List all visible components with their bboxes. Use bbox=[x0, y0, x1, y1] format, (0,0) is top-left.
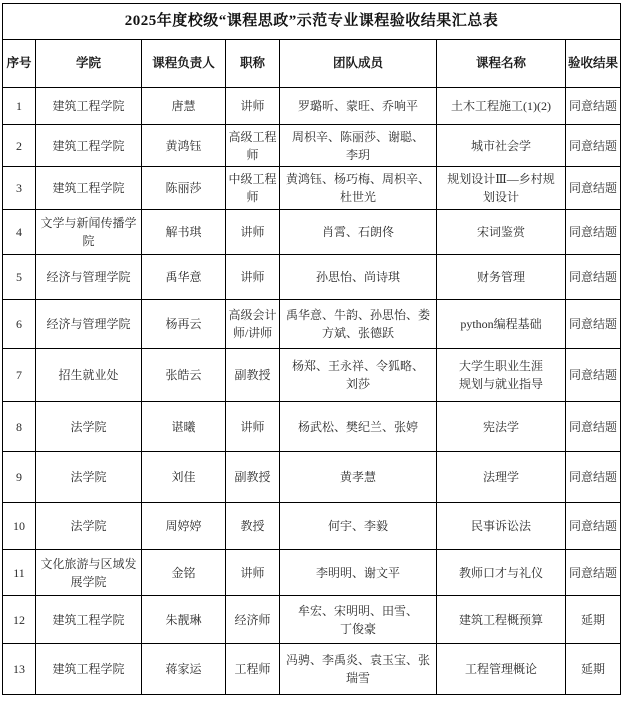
cell-college: 建筑工程学院 bbox=[36, 644, 142, 695]
cell-job-title: 讲师 bbox=[226, 550, 280, 596]
cell-no: 7 bbox=[3, 349, 36, 402]
cell-job-title: 副教授 bbox=[226, 349, 280, 402]
cell-college: 文学与新闻传播学 院 bbox=[36, 210, 142, 255]
document-page: 2025年度校级“课程思政”示范专业课程验收结果汇总表 序号 学院 课程负责人 … bbox=[0, 0, 622, 723]
cell-job-title: 高级会计 师/讲师 bbox=[226, 300, 280, 349]
cell-college: 法学院 bbox=[36, 452, 142, 503]
column-header-job-title: 职称 bbox=[226, 40, 280, 88]
column-header-team: 团队成员 bbox=[280, 40, 437, 88]
cell-leader: 刘佳 bbox=[142, 452, 226, 503]
cell-job-title: 副教授 bbox=[226, 452, 280, 503]
cell-college: 文化旅游与区域发 展学院 bbox=[36, 550, 142, 596]
cell-course: python编程基础 bbox=[437, 300, 566, 349]
cell-result: 同意结题 bbox=[566, 125, 621, 167]
cell-job-title: 讲师 bbox=[226, 88, 280, 125]
column-header-course: 课程名称 bbox=[437, 40, 566, 88]
cell-result: 同意结题 bbox=[566, 349, 621, 402]
table-row: 4 文学与新闻传播学 院 解书琪 讲师 肖霄、石朗佟 宋词鉴赏 同意结题 bbox=[3, 210, 621, 255]
cell-no: 11 bbox=[3, 550, 36, 596]
cell-result: 同意结题 bbox=[566, 550, 621, 596]
cell-course: 民事诉讼法 bbox=[437, 503, 566, 550]
cell-team: 杨郑、王永祥、令狐略、 刘莎 bbox=[280, 349, 437, 402]
table-row: 1 建筑工程学院 唐慧 讲师 罗璐昕、蒙旺、乔响平 土木工程施工(1)(2) 同… bbox=[3, 88, 621, 125]
cell-team: 肖霄、石朗佟 bbox=[280, 210, 437, 255]
cell-leader: 陈丽莎 bbox=[142, 167, 226, 210]
table-body: 1 建筑工程学院 唐慧 讲师 罗璐昕、蒙旺、乔响平 土木工程施工(1)(2) 同… bbox=[3, 88, 621, 695]
cell-leader: 张皓云 bbox=[142, 349, 226, 402]
cell-leader: 解书琪 bbox=[142, 210, 226, 255]
summary-table: 2025年度校级“课程思政”示范专业课程验收结果汇总表 序号 学院 课程负责人 … bbox=[2, 3, 621, 695]
cell-college: 经济与管理学院 bbox=[36, 300, 142, 349]
table-row: 3 建筑工程学院 陈丽莎 中级工程 师 黄鸿钰、杨巧梅、周枳辛、 杜世光 规划设… bbox=[3, 167, 621, 210]
cell-course: 工程管理概论 bbox=[437, 644, 566, 695]
cell-leader: 唐慧 bbox=[142, 88, 226, 125]
cell-job-title: 工程师 bbox=[226, 644, 280, 695]
cell-leader: 谌曦 bbox=[142, 402, 226, 452]
cell-leader: 杨再云 bbox=[142, 300, 226, 349]
page-title: 2025年度校级“课程思政”示范专业课程验收结果汇总表 bbox=[3, 4, 621, 40]
cell-no: 12 bbox=[3, 596, 36, 644]
table-row: 11 文化旅游与区域发 展学院 金铭 讲师 李明明、谢文平 教师口才与礼仪 同意… bbox=[3, 550, 621, 596]
cell-no: 5 bbox=[3, 255, 36, 300]
column-header-leader: 课程负责人 bbox=[142, 40, 226, 88]
cell-college: 法学院 bbox=[36, 503, 142, 550]
cell-team: 周枳辛、陈丽莎、谢聪、 李玥 bbox=[280, 125, 437, 167]
cell-course: 教师口才与礼仪 bbox=[437, 550, 566, 596]
title-row: 2025年度校级“课程思政”示范专业课程验收结果汇总表 bbox=[3, 4, 621, 40]
cell-course: 大学生职业生涯 规划与就业指导 bbox=[437, 349, 566, 402]
cell-no: 10 bbox=[3, 503, 36, 550]
cell-team: 李明明、谢文平 bbox=[280, 550, 437, 596]
cell-result: 延期 bbox=[566, 644, 621, 695]
cell-leader: 蒋家运 bbox=[142, 644, 226, 695]
cell-course: 宪法学 bbox=[437, 402, 566, 452]
table-row: 7 招生就业处 张皓云 副教授 杨郑、王永祥、令狐略、 刘莎 大学生职业生涯 规… bbox=[3, 349, 621, 402]
cell-leader: 朱靓琳 bbox=[142, 596, 226, 644]
cell-result: 同意结题 bbox=[566, 255, 621, 300]
cell-team: 禹华意、牛韵、孙思怡、娄 方斌、张德跃 bbox=[280, 300, 437, 349]
cell-college: 建筑工程学院 bbox=[36, 596, 142, 644]
cell-course: 财务管理 bbox=[437, 255, 566, 300]
table-row: 8 法学院 谌曦 讲师 杨武松、樊纪兰、张婷 宪法学 同意结题 bbox=[3, 402, 621, 452]
cell-no: 6 bbox=[3, 300, 36, 349]
cell-leader: 金铭 bbox=[142, 550, 226, 596]
cell-course: 城市社会学 bbox=[437, 125, 566, 167]
cell-course: 法理学 bbox=[437, 452, 566, 503]
cell-team: 杨武松、樊纪兰、张婷 bbox=[280, 402, 437, 452]
cell-no: 9 bbox=[3, 452, 36, 503]
table-row: 5 经济与管理学院 禹华意 讲师 孙思怡、尚诗琪 财务管理 同意结题 bbox=[3, 255, 621, 300]
cell-team: 黄鸿钰、杨巧梅、周枳辛、 杜世光 bbox=[280, 167, 437, 210]
cell-course: 建筑工程概预算 bbox=[437, 596, 566, 644]
cell-no: 4 bbox=[3, 210, 36, 255]
cell-job-title: 讲师 bbox=[226, 402, 280, 452]
cell-college: 建筑工程学院 bbox=[36, 125, 142, 167]
cell-result: 同意结题 bbox=[566, 88, 621, 125]
cell-job-title: 讲师 bbox=[226, 255, 280, 300]
table-row: 6 经济与管理学院 杨再云 高级会计 师/讲师 禹华意、牛韵、孙思怡、娄 方斌、… bbox=[3, 300, 621, 349]
header-row: 序号 学院 课程负责人 职称 团队成员 课程名称 验收结果 bbox=[3, 40, 621, 88]
cell-course: 规划设计Ⅲ—乡村规 划设计 bbox=[437, 167, 566, 210]
cell-leader: 周婷婷 bbox=[142, 503, 226, 550]
cell-no: 1 bbox=[3, 88, 36, 125]
cell-job-title: 高级工程 师 bbox=[226, 125, 280, 167]
cell-course: 宋词鉴赏 bbox=[437, 210, 566, 255]
cell-result: 同意结题 bbox=[566, 402, 621, 452]
cell-job-title: 中级工程 师 bbox=[226, 167, 280, 210]
cell-no: 3 bbox=[3, 167, 36, 210]
cell-leader: 禹华意 bbox=[142, 255, 226, 300]
cell-team: 黄孝慧 bbox=[280, 452, 437, 503]
cell-result: 延期 bbox=[566, 596, 621, 644]
cell-team: 冯骋、李禹炎、袁玉宝、张 瑞雪 bbox=[280, 644, 437, 695]
cell-college: 经济与管理学院 bbox=[36, 255, 142, 300]
cell-result: 同意结题 bbox=[566, 503, 621, 550]
table-row: 12 建筑工程学院 朱靓琳 经济师 牟宏、宋明明、田雪、 丁俊豪 建筑工程概预算… bbox=[3, 596, 621, 644]
cell-job-title: 经济师 bbox=[226, 596, 280, 644]
cell-result: 同意结题 bbox=[566, 452, 621, 503]
table-row: 13 建筑工程学院 蒋家运 工程师 冯骋、李禹炎、袁玉宝、张 瑞雪 工程管理概论… bbox=[3, 644, 621, 695]
table-row: 9 法学院 刘佳 副教授 黄孝慧 法理学 同意结题 bbox=[3, 452, 621, 503]
table-row: 10 法学院 周婷婷 教授 何宇、李毅 民事诉讼法 同意结题 bbox=[3, 503, 621, 550]
column-header-result: 验收结果 bbox=[566, 40, 621, 88]
cell-result: 同意结题 bbox=[566, 167, 621, 210]
cell-course: 土木工程施工(1)(2) bbox=[437, 88, 566, 125]
cell-team: 孙思怡、尚诗琪 bbox=[280, 255, 437, 300]
cell-result: 同意结题 bbox=[566, 300, 621, 349]
cell-no: 13 bbox=[3, 644, 36, 695]
cell-team: 罗璐昕、蒙旺、乔响平 bbox=[280, 88, 437, 125]
cell-result: 同意结题 bbox=[566, 210, 621, 255]
cell-college: 建筑工程学院 bbox=[36, 88, 142, 125]
cell-leader: 黄鸿钰 bbox=[142, 125, 226, 167]
cell-college: 招生就业处 bbox=[36, 349, 142, 402]
cell-job-title: 讲师 bbox=[226, 210, 280, 255]
cell-college: 建筑工程学院 bbox=[36, 167, 142, 210]
column-header-college: 学院 bbox=[36, 40, 142, 88]
cell-college: 法学院 bbox=[36, 402, 142, 452]
cell-no: 8 bbox=[3, 402, 36, 452]
cell-team: 何宇、李毅 bbox=[280, 503, 437, 550]
cell-team: 牟宏、宋明明、田雪、 丁俊豪 bbox=[280, 596, 437, 644]
column-header-no: 序号 bbox=[3, 40, 36, 88]
table-row: 2 建筑工程学院 黄鸿钰 高级工程 师 周枳辛、陈丽莎、谢聪、 李玥 城市社会学… bbox=[3, 125, 621, 167]
cell-job-title: 教授 bbox=[226, 503, 280, 550]
cell-no: 2 bbox=[3, 125, 36, 167]
